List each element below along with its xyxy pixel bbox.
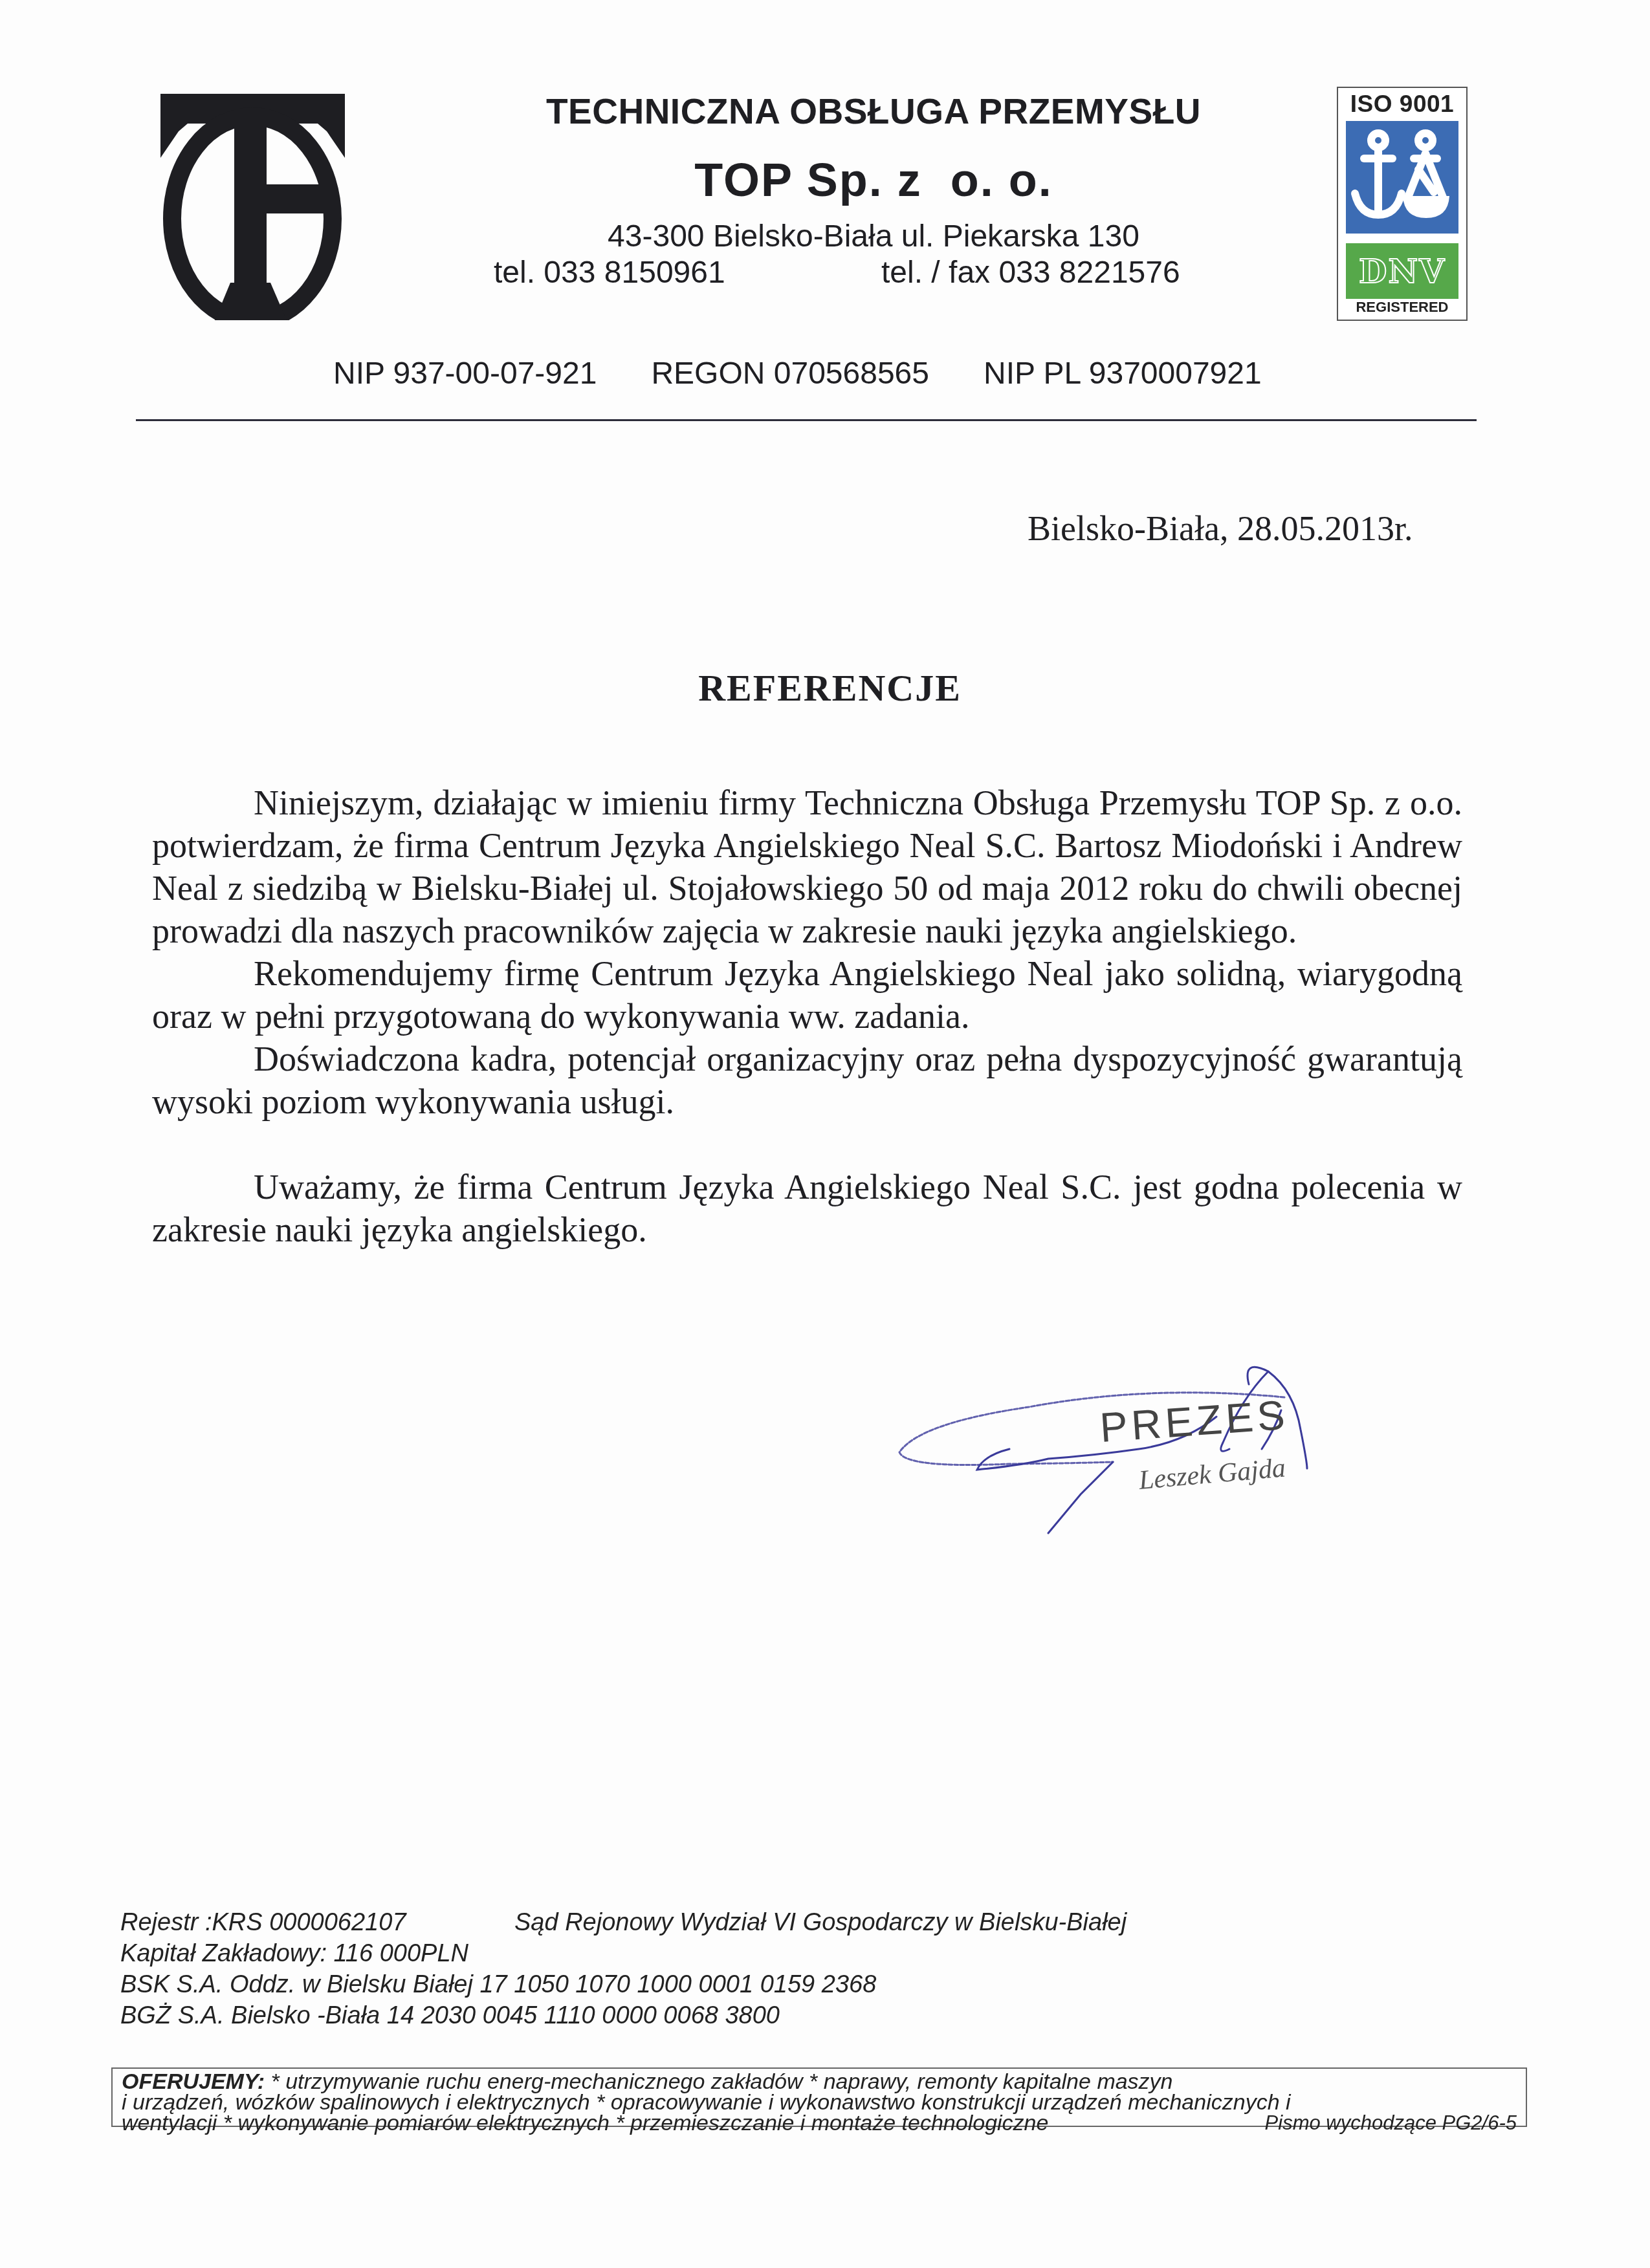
iso-certification-badge: ISO 9001 DNV REGISTERED: [1337, 87, 1468, 321]
iso-title: ISO 9001: [1338, 91, 1466, 118]
services-offer-box: OFERUJEMY: * utrzymywanie ruchu energ-me…: [111, 2067, 1527, 2127]
letter-body: Niniejszym, działając w imieniu firmy Te…: [152, 781, 1462, 1251]
nip-number: NIP 937-00-07-921: [333, 356, 597, 391]
iso-status: REGISTERED: [1338, 299, 1466, 316]
anchor-and-scale-icon: [1346, 121, 1458, 234]
nip-pl-number: NIP PL 9370007921: [984, 356, 1262, 391]
place-and-date: Bielsko-Biała, 28.05.2013r.: [1028, 508, 1413, 549]
offer-line: wentylacji * wykonywanie pomiarów elektr…: [122, 2111, 1048, 2135]
registry-court: Sąd Rejonowy Wydział VI Gospodarczy w Bi…: [514, 1908, 1127, 1937]
company-name-text: TOP Sp. z o. o.: [694, 155, 1052, 206]
share-capital: Kapitał Zakładowy: 116 000PLN: [120, 1939, 468, 1968]
company-phone-fax: tel. / fax 033 8221576: [881, 255, 1180, 290]
company-logo-icon: [160, 94, 345, 320]
dnv-logo-text: DNV: [1346, 243, 1458, 299]
bank-account-bgz: BGŻ S.A. Bielsko -Biała 14 2030 0045 111…: [120, 2001, 780, 2030]
document-title: REFERENCJE: [0, 666, 1650, 710]
company-line: TECHNICZNA OBSŁUGA PRZEMYSŁU: [453, 91, 1294, 132]
body-paragraph: Doświadczona kadra, potencjał organizacy…: [152, 1038, 1462, 1123]
krs-registry: Rejestr :KRS 0000062107: [120, 1908, 406, 1937]
tax-identifiers: NIP 937-00-07-921REGON 070568565NIP PL 9…: [333, 356, 1316, 391]
document-title-text: REFERENCJE: [698, 667, 962, 709]
dnv-brand-panel: DNV: [1346, 243, 1458, 299]
iso-emblem-panel: [1346, 121, 1458, 234]
regon-number: REGON 070568565: [651, 356, 929, 391]
company-name: TOP Sp. z o. o.: [453, 154, 1294, 207]
company-phone: tel. 033 8150961: [494, 255, 725, 290]
outgoing-letter-reference: Pismo wychodzące PG2/6-5: [1265, 2111, 1517, 2135]
body-paragraph: Uważamy, że firma Centrum Języka Angiels…: [152, 1166, 1462, 1251]
company-address: 43-300 Bielsko-Biała ul. Piekarska 130: [453, 219, 1294, 254]
body-paragraph: Niniejszym, działając w imieniu firmy Te…: [152, 781, 1462, 952]
bank-account-bsk: BSK S.A. Oddz. w Bielsku Białej 17 1050 …: [120, 1970, 876, 1999]
header-divider: [136, 419, 1477, 421]
body-paragraph: Rekomendujemy firmę Centrum Języka Angie…: [152, 952, 1462, 1038]
